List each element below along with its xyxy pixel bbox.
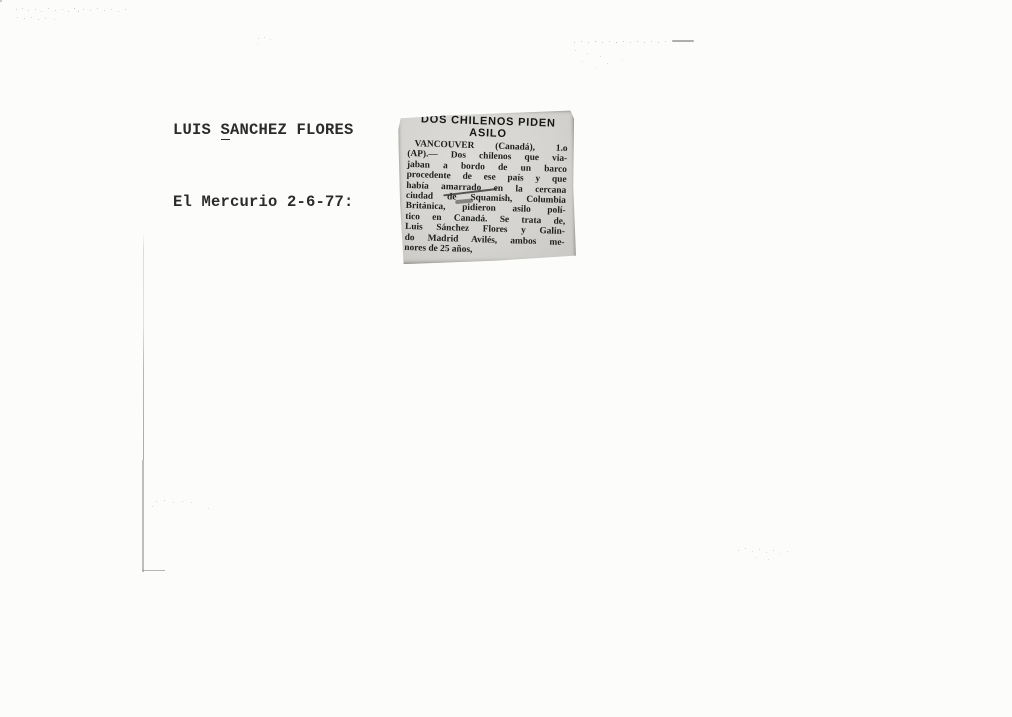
clipping-text-block: DOS CHILENOS PIDEN ASILO VANCOUVER (Cana…	[404, 114, 568, 258]
scan-noise-top-right	[567, 41, 568, 42]
annotation-name-post: ANCHEZ FLORES	[230, 121, 354, 139]
typewritten-annotation: LUIS SANCHEZ FLORES El Mercurio 2-6-77:	[173, 70, 354, 262]
annotation-name-pre: LUIS	[173, 121, 221, 139]
scan-noise-bottom-right	[738, 548, 739, 549]
scan-line-bottom-hook	[143, 570, 165, 571]
scan-noise-top-left	[14, 8, 15, 9]
scan-noise-mid	[252, 36, 253, 37]
annotation-underlined-letter: S	[221, 121, 231, 140]
clipping-body: VANCOUVER (Canadá), 1.o(AP).— Dos chilen…	[404, 139, 568, 258]
scan-dot	[0, 0, 2, 2]
scan-dash-top-right	[672, 40, 694, 42]
newspaper-clipping: DOS CHILENOS PIDEN ASILO VANCOUVER (Cana…	[398, 110, 576, 264]
annotation-line-2: El Mercurio 2-6-77:	[173, 190, 354, 214]
scan-vertical-line	[143, 232, 144, 460]
scan-noise-near-line	[148, 500, 149, 501]
scanned-document-page: LUIS SANCHEZ FLORES El Mercurio 2-6-77: …	[0, 0, 1012, 717]
scan-vertical-line-dark-segment	[142, 460, 144, 572]
annotation-line-1: LUIS SANCHEZ FLORES	[173, 118, 354, 142]
